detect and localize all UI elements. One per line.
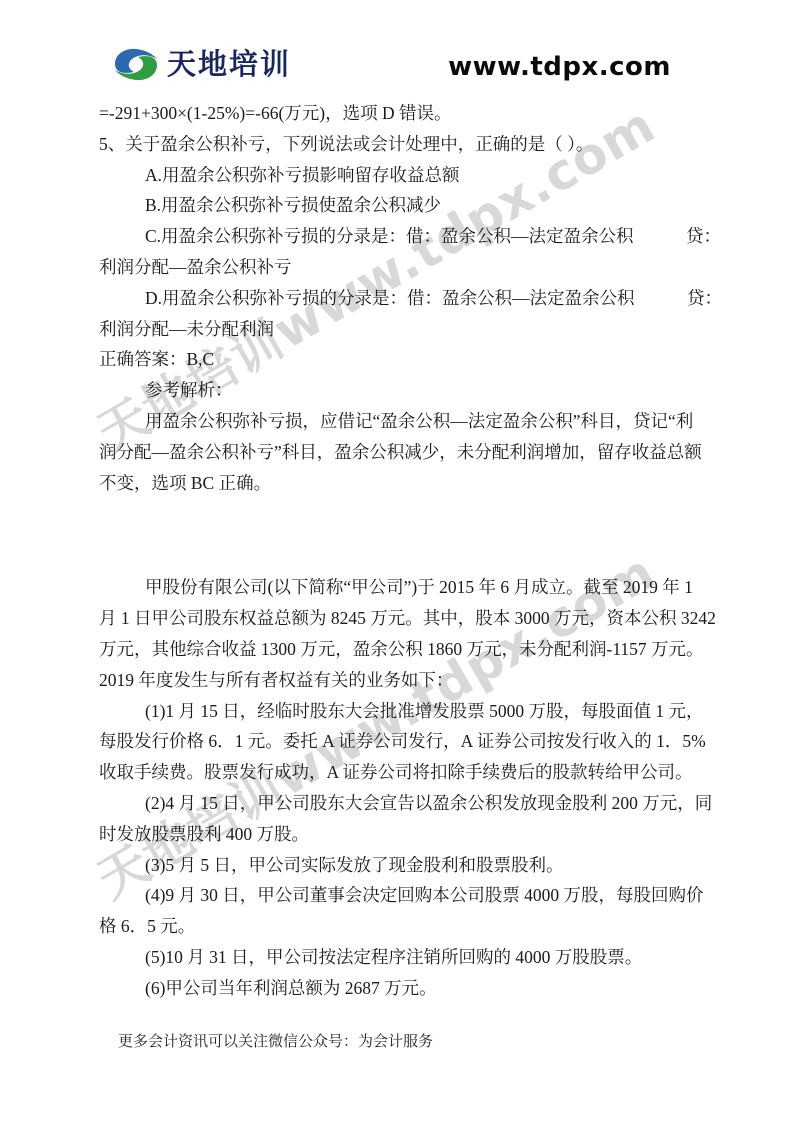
text-line: 润分配—盈余公积补亏”科目，盈余公积减少，未分配利润增加，留存收益总额 (99, 437, 699, 468)
text-line: 利润分配—盈余公积补亏 (99, 252, 699, 283)
text-line: 用盈余公积弥补亏损，应借记“盈余公积—法定盈余公积”科目，贷记“利 (99, 406, 699, 437)
text-line: (4)9 月 30 日，甲公司董事会决定回购本公司股票 4000 万股，每股回购… (99, 880, 699, 911)
text-line: (1)1 月 15 日，经临时股东大会批准增发股票 5000 万股，每股面值 1… (99, 696, 699, 727)
text-line: (2)4 月 15 日，甲公司股东大会宣告以盈余公积发放现金股利 200 万元，… (99, 788, 699, 819)
text-line: C.用盈余公积弥补亏损的分录是：借：盈余公积—法定盈余公积 贷： (99, 221, 699, 252)
text-line: 收取手续费。股票发行成功，A 证券公司将扣除手续费后的股款转给甲公司。 (99, 757, 699, 788)
text-line: 格 6．5 元。 (99, 911, 699, 942)
swirl-globe-icon (112, 46, 160, 82)
brand-logo: 天地培训 (112, 46, 291, 82)
text-line: 正确答案：B,C (99, 344, 699, 375)
text-line: 月 1 日甲公司股东权益总额为 8245 万元。其中，股本 3000 万元，资本… (99, 603, 699, 634)
text-line: (5)10 月 31 日，甲公司按法定程序注销所回购的 4000 万股股票。 (99, 942, 699, 973)
document-body: =-291+300×(1-25%)=-66(万元)，选项 D 错误。5、关于盈余… (99, 98, 699, 1004)
text-line: 时发放股票股利 400 万股。 (99, 819, 699, 850)
text-line: 每股发行价格 6．1 元。委托 A 证券公司发行，A 证券公司按发行收入的 1．… (99, 726, 699, 757)
text-line: A.用盈余公积弥补亏损影响留存收益总额 (99, 160, 699, 191)
text-line: 甲股份有限公司(以下简称“甲公司”)于 2015 年 6 月成立。截至 2019… (99, 572, 699, 603)
text-line: =-291+300×(1-25%)=-66(万元)，选项 D 错误。 (99, 98, 699, 129)
footer-note: 更多会计资讯可以关注微信公众号：为会计服务 (118, 1030, 433, 1051)
text-line: 万元，其他综合收益 1300 万元，盈余公积 1860 万元，未分配利润-115… (99, 634, 699, 665)
paragraph-gap (99, 498, 699, 572)
text-line: 利润分配—未分配利润 (99, 314, 699, 345)
text-line: B.用盈余公积弥补亏损使盈余公积减少 (99, 190, 699, 221)
text-line: 参考解析： (99, 375, 699, 406)
text-line: 5、关于盈余公积补亏，下列说法或会计处理中，正确的是（ ）。 (99, 129, 699, 160)
text-line: (3)5 月 5 日，甲公司实际发放了现金股利和股票股利。 (99, 850, 699, 881)
text-line: 不变，选项 BC 正确。 (99, 468, 699, 499)
text-line: 2019 年度发生与所有者权益有关的业务如下： (99, 665, 699, 696)
site-url: www.tdpx.com (448, 52, 671, 82)
text-line: D.用盈余公积弥补亏损的分录是：借：盈余公积—法定盈余公积 贷： (99, 283, 699, 314)
brand-name: 天地培训 (167, 50, 291, 79)
document-page: 天地培训 www.tdpx.com 天地培训www.tdpx.com 天地培训w… (0, 0, 793, 1122)
text-line: (6)甲公司当年利润总额为 2687 万元。 (99, 973, 699, 1004)
